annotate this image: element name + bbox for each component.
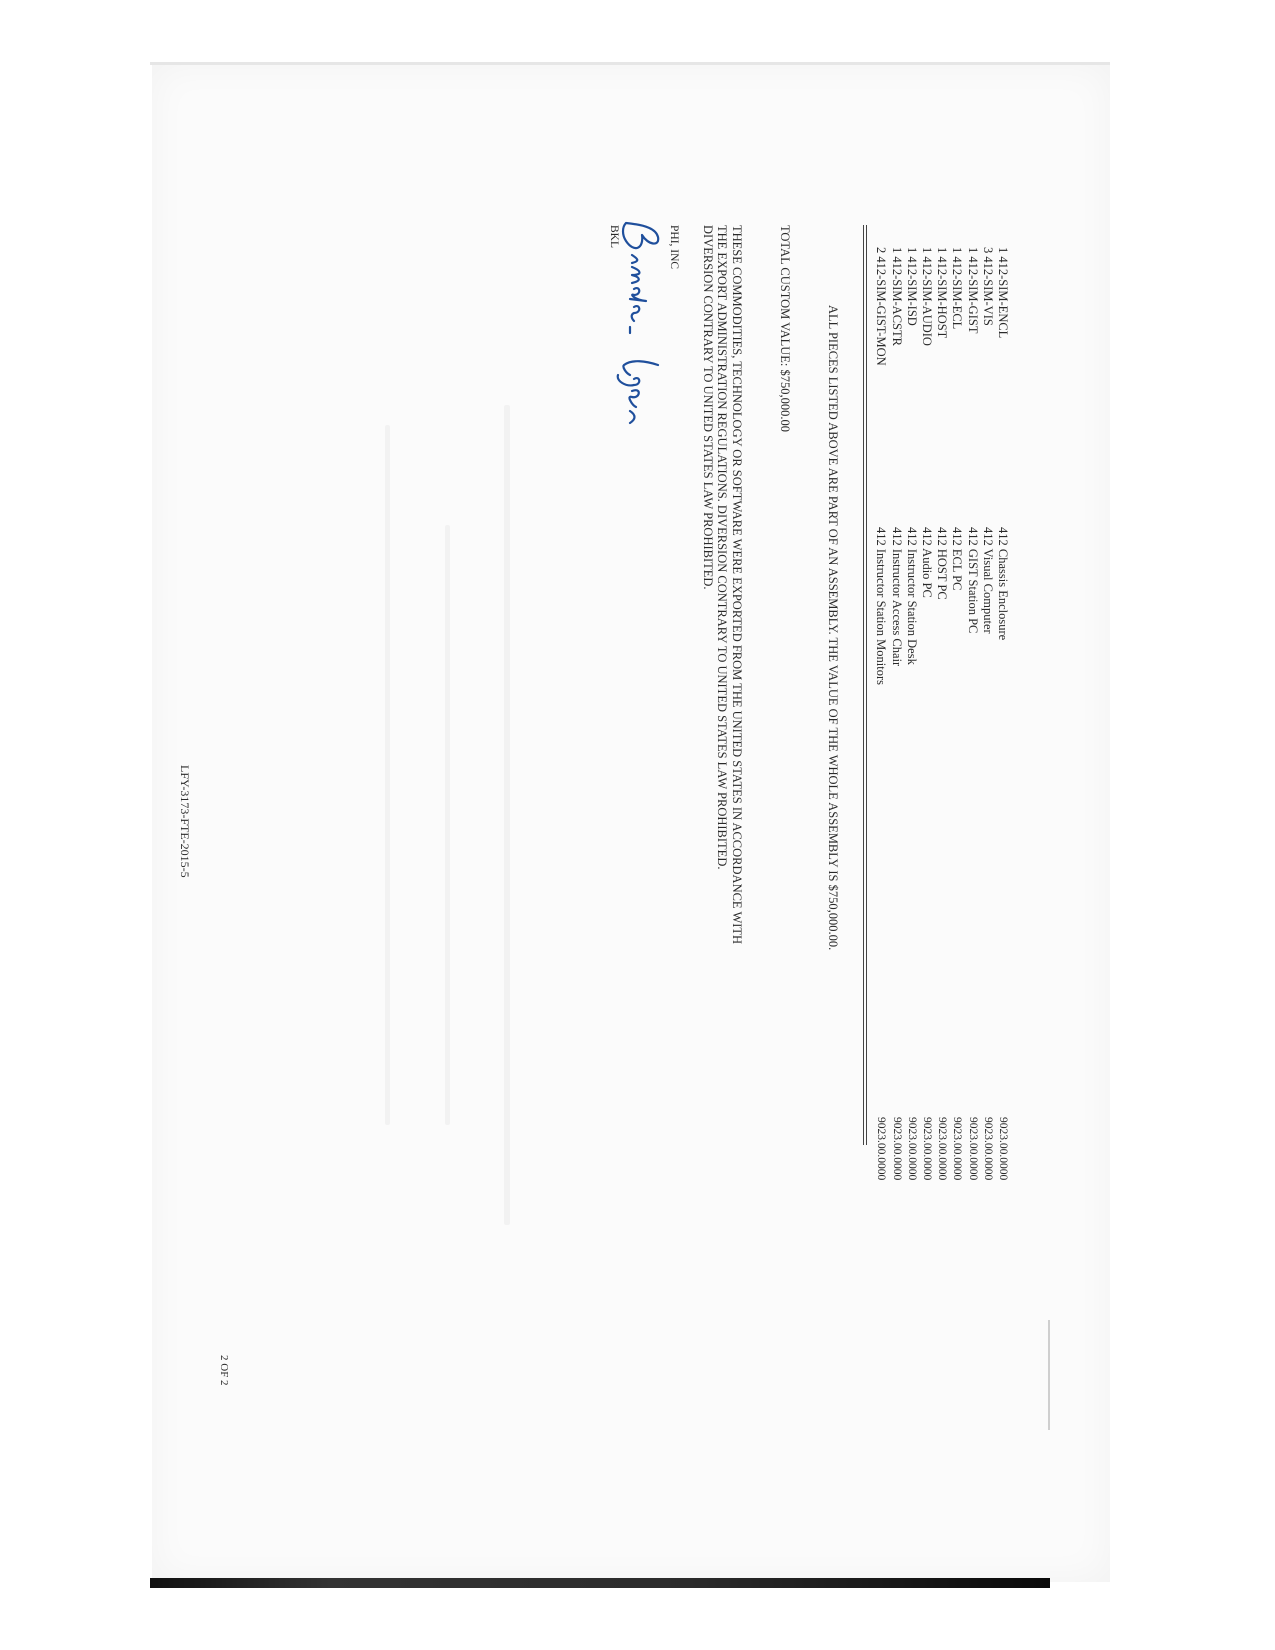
item-description: 412 Chassis Enclosure bbox=[995, 527, 1010, 640]
item-row: 1 412-SIM-ENCL412 Chassis Enclosure9023.… bbox=[995, 247, 1010, 1247]
item-quantity: 3 bbox=[981, 247, 995, 253]
page-number: 2 OF 2 bbox=[218, 1355, 230, 1386]
total-custom-value: TOTAL CUSTOM VALUE: $750,000.00 bbox=[777, 225, 792, 432]
item-hs-code: 9023.00.0000 bbox=[949, 1117, 964, 1180]
item-code: 3 412-SIM-VIS bbox=[980, 247, 995, 326]
bleed-through bbox=[385, 425, 390, 1125]
item-description: 412 Visual Computer bbox=[980, 527, 995, 634]
item-row: 1 412-SIM-AUDIO412 Audio PC9023.00.0000 bbox=[919, 247, 934, 1247]
item-row: 1 412-SIM-ECL412 ECL PC9023.00.0000 bbox=[949, 247, 964, 1247]
item-part-number: 412-SIM-GIST bbox=[966, 256, 980, 333]
item-code: 1 412-SIM-HOST bbox=[934, 247, 949, 338]
item-row: 1 412-SIM-ISD412 Instructor Station Desk… bbox=[904, 247, 919, 1247]
item-part-number: 412-SIM-ENCL bbox=[996, 256, 1010, 338]
item-hs-code: 9023.00.0000 bbox=[965, 1117, 980, 1180]
item-hs-code: 9023.00.0000 bbox=[874, 1117, 889, 1180]
disclaimer-line: THE EXPORT ADMINISTRATION REGULATIONS. D… bbox=[715, 225, 730, 1225]
item-hs-code: 9023.00.0000 bbox=[904, 1117, 919, 1180]
item-code: 1 412-SIM-ECL bbox=[949, 247, 964, 329]
bleed-through bbox=[445, 525, 450, 1125]
rotated-document: 1 412-SIM-ENCL412 Chassis Enclosure9023.… bbox=[150, 225, 1010, 1425]
company-name: PHI, INC bbox=[668, 225, 680, 269]
item-row: 1 412-SIM-GIST412 GIST Station PC9023.00… bbox=[964, 247, 979, 1247]
item-part-number: 412-SIM-GIST-MON bbox=[875, 256, 889, 365]
item-hs-code: 9023.00.0000 bbox=[889, 1117, 904, 1180]
items-list: 1 412-SIM-ENCL412 Chassis Enclosure9023.… bbox=[873, 247, 1010, 1247]
item-quantity: 1 bbox=[905, 247, 919, 253]
item-row: 2 412-SIM-GIST-MON412 Instructor Station… bbox=[873, 247, 888, 1247]
item-part-number: 412-SIM-HOST bbox=[935, 256, 949, 338]
item-hs-code: 9023.00.0000 bbox=[934, 1117, 949, 1180]
item-part-number: 412-SIM-ACSTR bbox=[890, 256, 904, 346]
item-part-number: 412-SIM-VIS bbox=[981, 256, 995, 325]
item-description: 412 Audio PC bbox=[919, 527, 934, 598]
item-description: 412 ECL PC bbox=[949, 527, 964, 590]
disclaimer-line: THESE COMMODITIES, TECHNOLOGY OR SOFTWAR… bbox=[730, 225, 745, 1225]
disclaimer-line: DIVERSION CONTRARY TO UNITED STATES LAW … bbox=[701, 225, 716, 1225]
item-row: 1 412-SIM-HOST412 HOST PC9023.00.0000 bbox=[934, 247, 949, 1247]
item-description: 412 GIST Station PC bbox=[965, 527, 980, 633]
assembly-note: ALL PIECES LISTED ABOVE ARE PART OF AN A… bbox=[825, 305, 840, 950]
item-description: 412 Instructor Station Monitors bbox=[874, 527, 889, 685]
item-code: 1 412-SIM-ENCL bbox=[995, 247, 1010, 338]
signature-handwriting bbox=[606, 215, 666, 455]
item-quantity: 2 bbox=[875, 247, 889, 253]
item-part-number: 412-SIM-ECL bbox=[950, 256, 964, 329]
item-code: 1 412-SIM-AUDIO bbox=[919, 247, 934, 346]
item-quantity: 1 bbox=[920, 247, 934, 253]
paper-top-edge bbox=[150, 62, 1110, 65]
item-description: 412 Instructor Station Desk bbox=[904, 527, 919, 665]
item-description: 412 HOST PC bbox=[934, 527, 949, 600]
item-quantity: 1 bbox=[996, 247, 1010, 253]
item-code: 1 412-SIM-ACSTR bbox=[889, 247, 904, 346]
item-quantity: 1 bbox=[890, 247, 904, 253]
double-rule bbox=[863, 225, 867, 1145]
item-code: 1 412-SIM-GIST bbox=[965, 247, 980, 333]
item-code: 1 412-SIM-ISD bbox=[904, 247, 919, 326]
item-quantity: 1 bbox=[966, 247, 980, 253]
item-quantity: 1 bbox=[950, 247, 964, 253]
export-disclaimer: THESE COMMODITIES, TECHNOLOGY OR SOFTWAR… bbox=[701, 225, 745, 1225]
item-quantity: 1 bbox=[935, 247, 949, 253]
initials: BKL bbox=[608, 225, 620, 248]
item-part-number: 412-SIM-AUDIO bbox=[920, 256, 934, 346]
scanner-bed-edge bbox=[150, 1578, 1050, 1588]
scan-artifact-line bbox=[1048, 1320, 1050, 1430]
item-row: 3 412-SIM-VIS412 Visual Computer9023.00.… bbox=[980, 247, 995, 1247]
reference-number: LFY-3173-FTE-2015-5 bbox=[177, 765, 192, 878]
bleed-through bbox=[504, 405, 510, 1225]
item-hs-code: 9023.00.0000 bbox=[980, 1117, 995, 1180]
item-hs-code: 9023.00.0000 bbox=[995, 1117, 1010, 1180]
item-description: 412 Instructor Access Chair bbox=[889, 527, 904, 666]
item-row: 1 412-SIM-ACSTR412 Instructor Access Cha… bbox=[889, 247, 904, 1247]
item-part-number: 412-SIM-ISD bbox=[905, 256, 919, 325]
item-hs-code: 9023.00.0000 bbox=[919, 1117, 934, 1180]
item-code: 2 412-SIM-GIST-MON bbox=[874, 247, 889, 366]
